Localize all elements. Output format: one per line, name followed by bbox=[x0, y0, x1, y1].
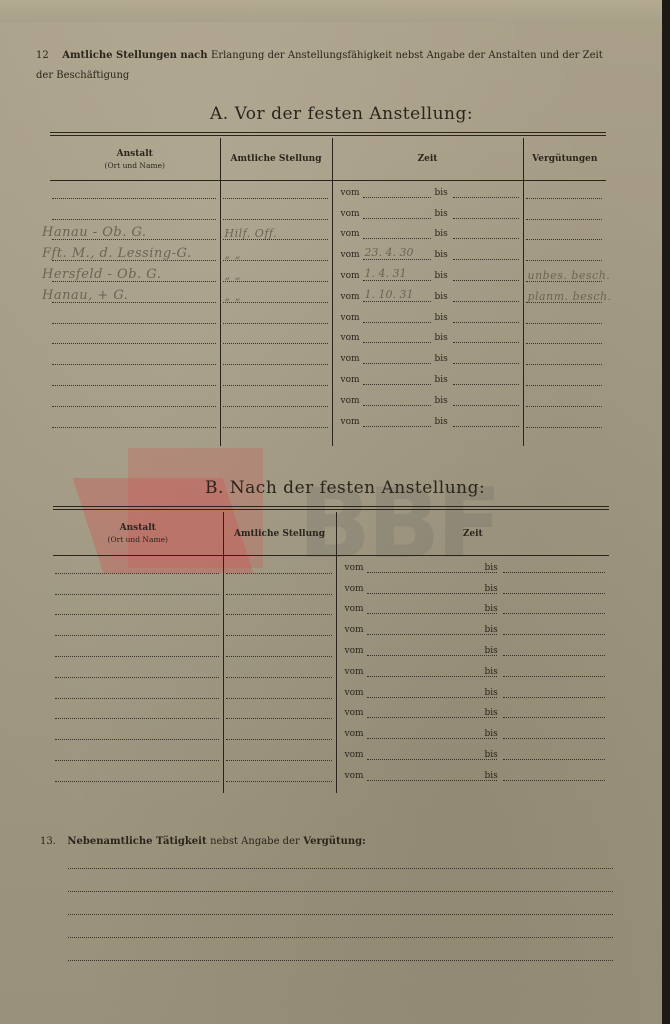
stellung-line bbox=[221, 203, 332, 224]
bis-label: bis bbox=[485, 729, 498, 739]
answer-line bbox=[68, 937, 613, 938]
handwritten-entry: unbes. besch. bbox=[528, 269, 611, 282]
section-b-title: B. Nach der festen Anstellung: bbox=[205, 478, 485, 498]
bis-label: bis bbox=[435, 396, 448, 406]
to-date-line bbox=[453, 363, 519, 364]
question-bold-prefix: Nebenamtliche Tätigkeit bbox=[67, 836, 206, 847]
vom-label: vom bbox=[341, 209, 360, 219]
vom-label: vom bbox=[341, 333, 360, 343]
stellung-line bbox=[224, 578, 336, 599]
from-date-line bbox=[367, 634, 497, 635]
question-12: 12 Amtliche Stellungen nach Erlangung de… bbox=[36, 46, 611, 86]
stellung-line bbox=[224, 703, 336, 724]
bis-label: bis bbox=[435, 209, 448, 219]
from-date-line bbox=[363, 301, 431, 302]
anstalt-line bbox=[53, 703, 223, 724]
from-date-line bbox=[367, 613, 497, 614]
column-header-stellung: Amtliche Stellung bbox=[220, 138, 332, 180]
stellung-line bbox=[224, 557, 336, 578]
vom-label: vom bbox=[345, 750, 364, 760]
from-date-line bbox=[363, 238, 431, 239]
handwritten-date: 23. 4. 30 bbox=[365, 246, 414, 259]
to-date-line bbox=[503, 738, 606, 739]
to-date-line bbox=[503, 697, 606, 698]
stellung-line bbox=[224, 619, 336, 640]
section-a-title: A. Vor der festen Anstellung: bbox=[210, 104, 473, 124]
from-date-line bbox=[363, 405, 431, 406]
bis-label: bis bbox=[435, 271, 448, 281]
stellung-line bbox=[224, 640, 336, 661]
zeit-line: vombis1. 10. 31 bbox=[333, 286, 523, 307]
verguetung-line bbox=[524, 390, 607, 411]
stellung-line bbox=[221, 390, 332, 411]
bis-label: bis bbox=[485, 708, 498, 718]
vom-label: vom bbox=[345, 625, 364, 635]
to-date-line bbox=[453, 322, 519, 323]
handwritten-entry: Hilf. Off. bbox=[225, 227, 278, 240]
column-header-verguetungen: Vergütungen bbox=[523, 138, 606, 180]
to-date-line bbox=[453, 405, 519, 406]
anstalt-line bbox=[50, 307, 220, 328]
handwritten-date: 1. 4. 31 bbox=[365, 267, 407, 280]
column-header-anstalt: Anstalt(Ort und Name) bbox=[50, 138, 220, 180]
zeit-line: vombis bbox=[337, 744, 610, 765]
verguetungen-column: unbes. besch.planm. besch. bbox=[523, 180, 606, 446]
from-date-line bbox=[363, 322, 431, 323]
bis-label: bis bbox=[485, 750, 498, 760]
vom-label: vom bbox=[345, 688, 364, 698]
verguetung-line: unbes. besch. bbox=[524, 265, 607, 286]
anstalt-line bbox=[53, 578, 223, 599]
from-date-line bbox=[367, 759, 497, 760]
anstalt-line bbox=[53, 744, 223, 765]
anstalt-line bbox=[50, 203, 220, 224]
column-header-anstalt: Anstalt(Ort und Name) bbox=[53, 512, 223, 555]
zeit-line: vombis bbox=[333, 411, 523, 432]
from-date-line bbox=[363, 426, 431, 427]
stellung-line bbox=[224, 682, 336, 703]
section-b-top-rule bbox=[53, 506, 609, 510]
question-bold-prefix: Amtliche Stellungen nach bbox=[62, 50, 207, 61]
verguetung-line bbox=[524, 307, 607, 328]
verguetung-line bbox=[524, 411, 607, 432]
stellung-line bbox=[221, 307, 332, 328]
vom-label: vom bbox=[341, 271, 360, 281]
anstalt-line bbox=[50, 390, 220, 411]
stellung-line bbox=[224, 744, 336, 765]
bis-label: bis bbox=[435, 333, 448, 343]
zeit-line: vombis bbox=[337, 682, 610, 703]
from-date-line bbox=[367, 717, 497, 718]
stellung-line bbox=[221, 369, 332, 390]
bis-label: bis bbox=[485, 584, 498, 594]
bis-label: bis bbox=[485, 667, 498, 677]
zeit-line: vombis bbox=[333, 348, 523, 369]
vom-label: vom bbox=[341, 188, 360, 198]
scan-edge bbox=[662, 0, 670, 1024]
bis-label: bis bbox=[435, 292, 448, 302]
bis-label: bis bbox=[435, 354, 448, 364]
vom-label: vom bbox=[345, 729, 364, 739]
handwritten-entry: Hanau, + G. bbox=[42, 288, 128, 303]
answer-line bbox=[68, 960, 613, 961]
bis-label: bis bbox=[485, 688, 498, 698]
zeit-line: vombis bbox=[333, 369, 523, 390]
from-date-line bbox=[363, 363, 431, 364]
from-date-line bbox=[367, 676, 497, 677]
section-b-table: Anstalt(Ort und Name) Amtliche Stellung … bbox=[53, 512, 609, 793]
anstalt-line bbox=[53, 661, 223, 682]
to-date-line bbox=[503, 613, 606, 614]
stellung-column bbox=[223, 555, 336, 793]
stellung-line bbox=[221, 411, 332, 432]
question-text: nebst Angabe der bbox=[210, 836, 300, 847]
stellung-line bbox=[224, 765, 336, 786]
vom-label: vom bbox=[345, 584, 364, 594]
handwritten-date: 1. 10. 31 bbox=[365, 288, 414, 301]
verguetung-line bbox=[524, 224, 607, 245]
from-date-line bbox=[363, 280, 431, 281]
paper-top-fold bbox=[0, 0, 662, 22]
section-a-table: Anstalt(Ort und Name) Amtliche Stellung … bbox=[50, 138, 606, 446]
from-date-line bbox=[363, 384, 431, 385]
vom-label: vom bbox=[341, 292, 360, 302]
zeit-line: vombis bbox=[333, 390, 523, 411]
zeit-line: vombis bbox=[337, 661, 610, 682]
vom-label: vom bbox=[341, 396, 360, 406]
vom-label: vom bbox=[345, 771, 364, 781]
anstalt-line bbox=[50, 369, 220, 390]
stellung-line: „ „ bbox=[221, 286, 332, 307]
to-date-line bbox=[503, 655, 606, 656]
zeit-line: vombis bbox=[337, 578, 610, 599]
anstalt-line bbox=[50, 182, 220, 203]
bis-label: bis bbox=[435, 229, 448, 239]
bis-label: bis bbox=[485, 604, 498, 614]
zeit-line: vombis bbox=[333, 224, 523, 245]
anstalt-line bbox=[53, 619, 223, 640]
question-number: 13. bbox=[40, 836, 56, 847]
stellung-line bbox=[221, 328, 332, 349]
from-date-line bbox=[363, 259, 431, 260]
to-date-line bbox=[503, 759, 606, 760]
bis-label: bis bbox=[435, 188, 448, 198]
handwritten-entry: „ „ bbox=[225, 269, 241, 282]
vom-label: vom bbox=[345, 646, 364, 656]
verguetung-line bbox=[524, 369, 607, 390]
vom-label: vom bbox=[341, 229, 360, 239]
anstalt-line: Hanau, + G. bbox=[50, 286, 220, 307]
handwritten-entry: „ „ bbox=[225, 290, 241, 303]
stellung-line: „ „ bbox=[221, 265, 332, 286]
stellung-line bbox=[224, 661, 336, 682]
answer-line bbox=[68, 891, 613, 892]
zeit-line: vombis bbox=[333, 203, 523, 224]
anstalt-column: Hanau - Ob. G.Fft. M., d. Lessing-G.Hers… bbox=[50, 180, 220, 446]
to-date-line bbox=[503, 593, 606, 594]
to-date-line bbox=[503, 634, 606, 635]
zeit-line: vombis bbox=[337, 599, 610, 620]
handwritten-entry: Fft. M., d. Lessing-G. bbox=[42, 246, 192, 261]
stellung-line bbox=[224, 723, 336, 744]
zeit-line: vombis bbox=[337, 640, 610, 661]
bis-label: bis bbox=[485, 646, 498, 656]
to-date-line bbox=[503, 717, 606, 718]
anstalt-line bbox=[53, 765, 223, 786]
vom-label: vom bbox=[345, 604, 364, 614]
from-date-line bbox=[367, 697, 497, 698]
verguetung-line: planm. besch. bbox=[524, 286, 607, 307]
anstalt-line bbox=[53, 723, 223, 744]
bis-label: bis bbox=[435, 417, 448, 427]
question-number: 12 bbox=[36, 50, 49, 61]
verguetung-line bbox=[524, 203, 607, 224]
bis-label: bis bbox=[485, 771, 498, 781]
section-a-top-rule bbox=[50, 132, 606, 136]
column-header-stellung: Amtliche Stellung bbox=[223, 512, 336, 555]
zeit-line: vombis bbox=[337, 723, 610, 744]
vom-label: vom bbox=[345, 708, 364, 718]
stellung-line: Hilf. Off. bbox=[221, 224, 332, 245]
zeit-line: vombis bbox=[337, 765, 610, 786]
vom-label: vom bbox=[345, 667, 364, 677]
from-date-line bbox=[367, 572, 497, 573]
to-date-line bbox=[503, 572, 606, 573]
anstalt-line bbox=[53, 682, 223, 703]
bis-label: bis bbox=[435, 250, 448, 260]
zeit-line: vombis bbox=[337, 557, 610, 578]
anstalt-line bbox=[50, 348, 220, 369]
handwritten-entry: planm. besch. bbox=[528, 290, 612, 303]
vom-label: vom bbox=[341, 250, 360, 260]
vom-label: vom bbox=[341, 417, 360, 427]
anstalt-line bbox=[50, 328, 220, 349]
from-date-line bbox=[367, 738, 497, 739]
verguetung-line bbox=[524, 244, 607, 265]
anstalt-line bbox=[50, 411, 220, 432]
handwritten-entry: Hersfeld - Ob. G. bbox=[42, 267, 161, 282]
answer-line bbox=[68, 868, 613, 869]
vom-label: vom bbox=[341, 354, 360, 364]
bis-label: bis bbox=[435, 375, 448, 385]
verguetung-line bbox=[524, 328, 607, 349]
anstalt-line: Hanau - Ob. G. bbox=[50, 224, 220, 245]
stellung-line bbox=[221, 182, 332, 203]
to-date-line bbox=[453, 280, 519, 281]
anstalt-line: Fft. M., d. Lessing-G. bbox=[50, 244, 220, 265]
vom-label: vom bbox=[341, 313, 360, 323]
to-date-line bbox=[453, 259, 519, 260]
zeit-line: vombis bbox=[333, 307, 523, 328]
question-bold-suffix: Vergütung: bbox=[303, 836, 366, 847]
to-date-line bbox=[453, 197, 519, 198]
zeit-column: vombisvombisvombisvombisvombisvombisvomb… bbox=[336, 555, 609, 793]
from-date-line bbox=[363, 342, 431, 343]
stellung-line bbox=[224, 599, 336, 620]
zeit-line: vombis bbox=[337, 619, 610, 640]
stellung-column: Hilf. Off.„ „„ „„ „ bbox=[220, 180, 332, 446]
stellung-line bbox=[221, 348, 332, 369]
to-date-line bbox=[453, 426, 519, 427]
handwritten-entry: Hanau - Ob. G. bbox=[42, 225, 147, 240]
vom-label: vom bbox=[341, 375, 360, 385]
zeit-line: vombis23. 4. 30 bbox=[333, 244, 523, 265]
anstalt-line: Hersfeld - Ob. G. bbox=[50, 265, 220, 286]
anstalt-line bbox=[53, 557, 223, 578]
bis-label: bis bbox=[485, 563, 498, 573]
from-date-line bbox=[363, 218, 431, 219]
bis-label: bis bbox=[435, 313, 448, 323]
column-header-zeit: Zeit bbox=[332, 138, 523, 180]
zeit-column: vombisvombisvombisvombis23. 4. 30vombis1… bbox=[332, 180, 523, 446]
answer-line bbox=[68, 914, 613, 915]
from-date-line bbox=[367, 655, 497, 656]
to-date-line bbox=[453, 238, 519, 239]
to-date-line bbox=[453, 301, 519, 302]
form-page: 12 Amtliche Stellungen nach Erlangung de… bbox=[0, 0, 662, 1024]
zeit-line: vombis bbox=[333, 182, 523, 203]
stellung-line: „ „ bbox=[221, 244, 332, 265]
column-header-zeit: Zeit bbox=[336, 512, 609, 555]
to-date-line bbox=[503, 676, 606, 677]
question-13: 13. Nebenamtliche Tätigkeit nebst Angabe… bbox=[40, 836, 366, 847]
from-date-line bbox=[367, 780, 497, 781]
zeit-line: vombis1. 4. 31 bbox=[333, 265, 523, 286]
verguetung-line bbox=[524, 182, 607, 203]
zeit-line: vombis bbox=[333, 328, 523, 349]
bis-label: bis bbox=[485, 625, 498, 635]
from-date-line bbox=[367, 593, 497, 594]
from-date-line bbox=[363, 197, 431, 198]
handwritten-entry: „ „ bbox=[225, 248, 241, 261]
to-date-line bbox=[503, 780, 606, 781]
vom-label: vom bbox=[345, 563, 364, 573]
anstalt-line bbox=[53, 599, 223, 620]
to-date-line bbox=[453, 384, 519, 385]
to-date-line bbox=[453, 218, 519, 219]
zeit-line: vombis bbox=[337, 703, 610, 724]
to-date-line bbox=[453, 342, 519, 343]
anstalt-column bbox=[53, 555, 223, 793]
anstalt-line bbox=[53, 640, 223, 661]
verguetung-line bbox=[524, 348, 607, 369]
